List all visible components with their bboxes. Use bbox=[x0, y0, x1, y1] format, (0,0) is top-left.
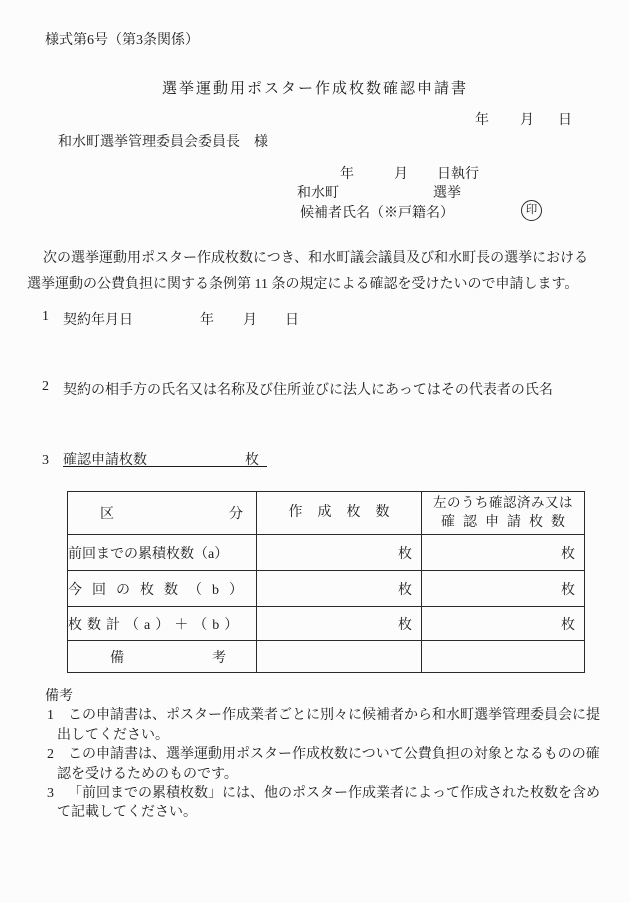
note2-line1: この申請書は、選挙運動用ポスター作成枚数について公費負担の対象となるものの確 bbox=[68, 747, 600, 762]
row1-made-unit: 枚 bbox=[398, 547, 412, 562]
addressee: 和水町選挙管理委員会委員長 様 bbox=[58, 131, 268, 151]
note3-line2: て記載してください。 bbox=[45, 803, 600, 822]
row1-label: 前回までの累積枚数（a） bbox=[68, 547, 228, 562]
table-header-row: 区 分 作成枚数 左のうち確認済み又は 確認申請枚数 bbox=[68, 492, 585, 535]
body-line-2: 選挙運動の公費負担に関する条例第 11 条の規定による確認を受けたいので申請しま… bbox=[27, 273, 578, 293]
header-date-year: 年 bbox=[475, 109, 489, 129]
item1-number: 1 bbox=[42, 309, 49, 325]
item3-label: 確認申請枚数 bbox=[63, 449, 147, 469]
item3-unit: 枚 bbox=[245, 449, 259, 469]
table-row: 前回までの累積枚数（a） 枚 枚 bbox=[68, 535, 585, 571]
remarks-left: 備 bbox=[110, 647, 124, 667]
header-col3-line2: 確認申請枚数 bbox=[441, 515, 573, 530]
item1-day: 日 bbox=[285, 309, 299, 329]
footnotes: 備考 1この申請書は、ポスター作成業者ごとに別々に候補者から和水町選挙管理委員会… bbox=[45, 687, 600, 823]
item2-label: 契約の相手方の氏名又は名称及び住所並びに法人にあってはその代表者の氏名 bbox=[63, 379, 553, 399]
remarks-cell-confirm bbox=[422, 641, 585, 673]
header-col1-right: 分 bbox=[229, 503, 243, 523]
row2-made-unit: 枚 bbox=[398, 583, 412, 598]
header-date-month: 月 bbox=[520, 109, 534, 129]
remarks-right: 考 bbox=[212, 647, 226, 667]
election-suffix: 選挙 bbox=[433, 182, 461, 202]
table-row: 枚数計（a）＋（b） 枚 枚 bbox=[68, 607, 585, 641]
item1-month: 月 bbox=[243, 309, 257, 329]
note2-number: 2 bbox=[47, 745, 68, 764]
seal-icon: 印 bbox=[521, 200, 542, 221]
exec-date-day: 日執行 bbox=[437, 163, 479, 183]
row3-confirm-unit: 枚 bbox=[561, 618, 575, 633]
item3-number: 3 bbox=[42, 453, 63, 469]
note1-line2: 出してください。 bbox=[45, 726, 600, 745]
body-line-1: 次の選挙運動用ポスター作成枚数につき、和水町議会議員及び和水町長の選挙における bbox=[43, 247, 588, 267]
item-requested-count: 3確認申請枚数枚 bbox=[42, 449, 267, 469]
note1-line1: この申請書は、ポスター作成業者ごとに別々に候補者から和水町選挙管理委員会に提 bbox=[68, 708, 600, 723]
application-form-page: 様式第6号（第3条関係） 選挙運動用ポスター作成枚数確認申請書 年 月 日 和水… bbox=[0, 0, 630, 903]
footnote-item: 1この申請書は、ポスター作成業者ごとに別々に候補者から和水町選挙管理委員会に提 … bbox=[45, 706, 600, 745]
header-col2: 作成枚数 bbox=[289, 505, 405, 520]
note1-number: 1 bbox=[47, 706, 68, 725]
footnotes-heading: 備考 bbox=[45, 687, 600, 706]
poster-count-table: 区 分 作成枚数 左のうち確認済み又は 確認申請枚数 前回までの累積枚数（a） … bbox=[67, 491, 585, 673]
header-col1-left: 区 bbox=[100, 503, 114, 523]
note3-line1: 「前回までの累積枚数」には、他のポスター作成業者によって作成された枚数を含め bbox=[68, 786, 600, 801]
note3-number: 3 bbox=[47, 784, 68, 803]
row2-label: 今回の枚数（b） bbox=[68, 583, 253, 598]
page-title: 選挙運動用ポスター作成枚数確認申請書 bbox=[0, 77, 630, 98]
election-town: 和水町 bbox=[297, 182, 339, 202]
footnote-item: 2この申請書は、選挙運動用ポスター作成枚数について公費負担の対象となるものの確 … bbox=[45, 745, 600, 784]
item1-label: 契約年月日 bbox=[63, 309, 133, 329]
item2-number: 2 bbox=[42, 379, 49, 395]
table-row: 今回の枚数（b） 枚 枚 bbox=[68, 571, 585, 607]
header-date-day: 日 bbox=[558, 109, 572, 129]
candidate-name-label: 候補者氏名（※戸籍名） bbox=[300, 202, 454, 222]
remarks-cell-made bbox=[257, 641, 422, 673]
footnote-item: 3「前回までの累積枚数」には、他のポスター作成業者によって作成された枚数を含め … bbox=[45, 784, 600, 823]
row3-label: 枚数計（a）＋（b） bbox=[68, 618, 243, 633]
exec-date-year: 年 bbox=[340, 163, 354, 183]
note2-line2: 認を受けるためのものです。 bbox=[45, 765, 600, 784]
row3-made-unit: 枚 bbox=[398, 618, 412, 633]
exec-date-month: 月 bbox=[394, 163, 408, 183]
row1-confirm-unit: 枚 bbox=[561, 547, 575, 562]
item1-year: 年 bbox=[200, 309, 214, 329]
row2-confirm-unit: 枚 bbox=[561, 583, 575, 598]
header-col3-line1: 左のうち確認済み又は bbox=[422, 493, 584, 513]
form-number: 様式第6号（第3条関係） bbox=[45, 29, 199, 49]
table-remarks-row: 備 考 bbox=[68, 641, 585, 673]
requested-count-underline: 確認申請枚数枚 bbox=[63, 449, 267, 467]
